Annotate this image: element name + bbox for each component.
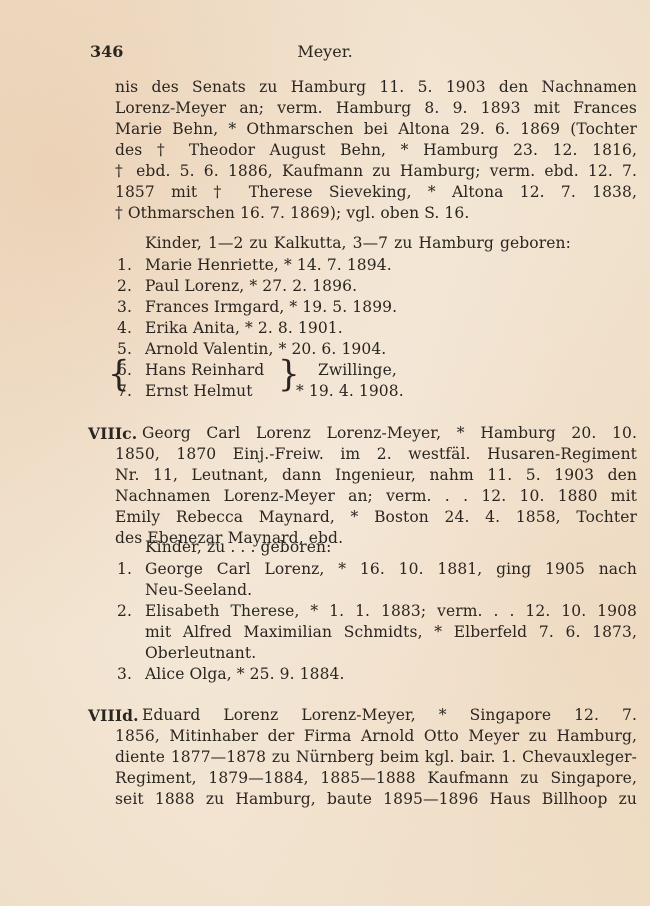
text-line: † Othmarschen 16. 7. 1869); vgl. oben S.… xyxy=(115,204,469,222)
text-line: des † Theodor August Behn, * Hamburg 23.… xyxy=(115,141,637,159)
child-number: 1. xyxy=(117,256,132,274)
text-line: † ebd. 5. 6. 1886, Kaufmann zu Hamburg; … xyxy=(115,162,637,180)
child-entry: George Carl Lorenz, * 16. 10. 1881, ging… xyxy=(145,560,637,578)
child-entry: Oberleutnant. xyxy=(145,644,256,662)
text-line: 1856, Mitinhaber der Firma Arnold Otto M… xyxy=(115,727,637,745)
child-number: 7. xyxy=(117,382,132,400)
child-entry: Elisabeth Therese, * 1. 1. 1883; verm. .… xyxy=(145,602,637,620)
text-line: nis des Senats zu Hamburg 11. 5. 1903 de… xyxy=(115,78,637,96)
child-entry: Hans Reinhard xyxy=(145,361,264,379)
child-entry: mit Alfred Maximilian Schmidts, * Elberf… xyxy=(145,623,637,641)
child-number: 6. xyxy=(117,361,132,379)
text-line: Marie Behn, * Othmarschen bei Altona 29.… xyxy=(115,120,637,138)
entry-label: VIIId. xyxy=(88,706,139,725)
child-number: 1. xyxy=(117,560,132,578)
text-line: Emily Rebecca Maynard, * Boston 24. 4. 1… xyxy=(115,508,637,526)
child-number: 3. xyxy=(117,298,132,316)
child-entry: Frances Irmgard, * 19. 5. 1899. xyxy=(145,298,397,316)
text-line: seit 1888 zu Hamburg, baute 1895—1896 Ha… xyxy=(115,790,637,808)
text-line: diente 1877—1878 zu Nürnberg beim kgl. b… xyxy=(115,748,637,766)
child-entry: Ernst Helmut xyxy=(145,382,253,400)
text-line: Lorenz-Meyer an; verm. Hamburg 8. 9. 189… xyxy=(115,99,637,117)
children-heading: Kinder, 1—2 zu Kalkutta, 3—7 zu Hamburg … xyxy=(145,234,637,252)
text-line: Regiment, 1879—1884, 1885—1888 Kaufmann … xyxy=(115,769,637,787)
running-head: 346 Meyer. xyxy=(0,40,650,64)
twins-date: * 19. 4. 1908. xyxy=(296,382,404,400)
book-page: 346 Meyer. nis des Senats zu Hamburg 11.… xyxy=(0,0,650,906)
child-entry: Alice Olga, * 25. 9. 1884. xyxy=(145,665,345,683)
text-line: Georg Carl Lorenz Lorenz-Meyer, * Hambur… xyxy=(142,424,637,442)
child-entry: Erika Anita, * 2. 8. 1901. xyxy=(145,319,343,337)
child-entry: Paul Lorenz, * 27. 2. 1896. xyxy=(145,277,357,295)
child-entry: Marie Henriette, * 14. 7. 1894. xyxy=(145,256,392,274)
text-line: Nr. 11, Leutnant, dann Ingenieur, nahm 1… xyxy=(115,466,637,484)
twins-note: Zwillinge, xyxy=(318,361,397,379)
text-line: 1850, 1870 Einj.-Freiw. im 2. westfäl. H… xyxy=(115,445,637,463)
text-line: 1857 mit † Therese Sieveking, * Altona 1… xyxy=(115,183,637,201)
child-number: 4. xyxy=(117,319,132,337)
children-heading: Kinder, zu . . . geboren: xyxy=(145,538,331,556)
child-number: 2. xyxy=(117,277,132,295)
child-number: 2. xyxy=(117,602,132,620)
entry-label: VIIIc. xyxy=(88,424,137,443)
child-entry: Neu-Seeland. xyxy=(145,581,252,599)
text-line: Eduard Lorenz Lorenz-Meyer, * Singapore … xyxy=(142,706,637,724)
child-entry: Arnold Valentin, * 20. 6. 1904. xyxy=(145,340,386,358)
page-title: Meyer. xyxy=(0,42,650,61)
text-line: Nachnamen Lorenz-Meyer an; verm. . . 12.… xyxy=(115,487,637,505)
child-number: 3. xyxy=(117,665,132,683)
